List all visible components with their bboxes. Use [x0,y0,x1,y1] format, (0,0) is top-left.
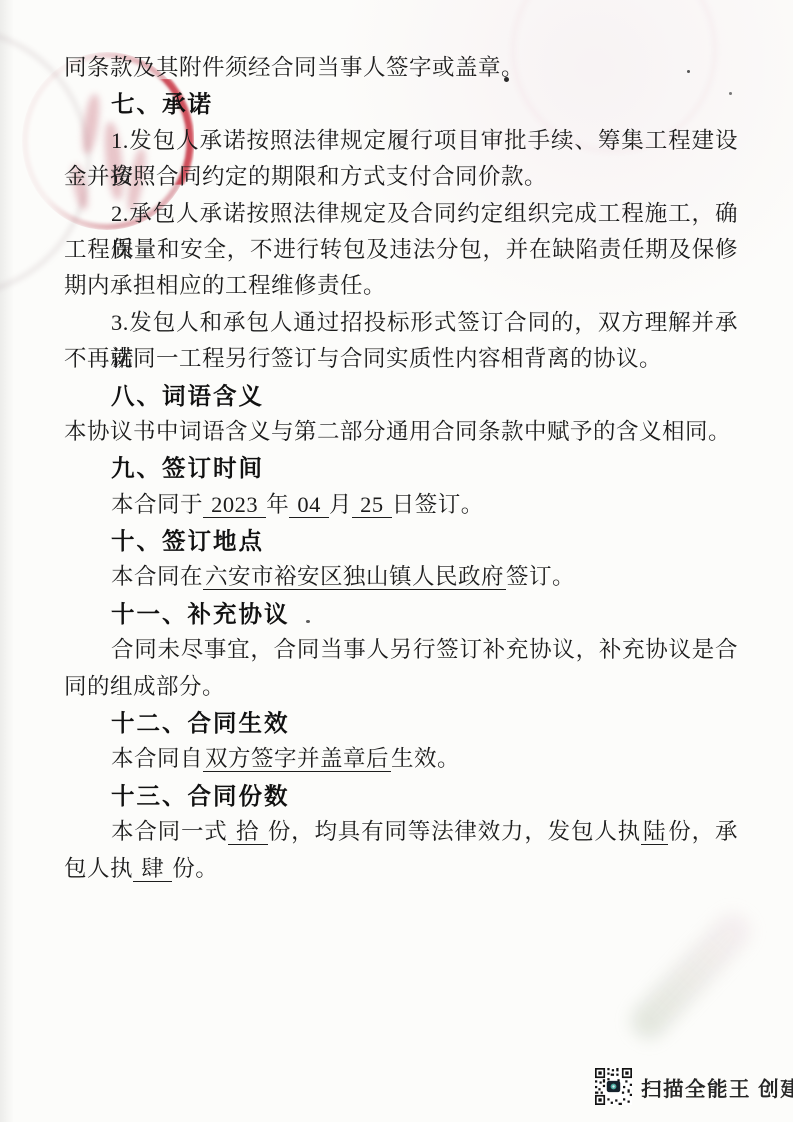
filled-blank: 双方签字并盖章后 [203,746,391,772]
filled-blank: 拾 [228,819,268,845]
filled-blank: 肆 [133,856,172,882]
text-run: 期内承担相应的工程维修责任。 [64,273,386,298]
section-heading: 十三、合同份数 [64,778,738,814]
paragraph-line: 同的组成部分。 [64,669,738,705]
text-run: 合同未尽事宜，合同当事人另行签订补充协议，补充协议是合 [111,637,738,662]
text-run: 九、签订时间 [111,455,264,481]
section-heading: 七、承诺 [64,86,738,122]
section-heading: 十二、合同生效 [64,705,738,741]
text-run: 生效。 [391,746,460,771]
text-run: 十三、合同份数 [111,783,290,809]
text-run: 份，承 [668,819,738,844]
text-run: 本协议书中词语含义与第二部分通用合同条款中赋予的含义相同。 [64,419,731,444]
text-run: 同条款及其附件须经合同当事人签字或盖章。 [64,55,524,80]
paragraph-line: 1.发包人承诺按照法律规定履行项目审批手续、筹集工程建设资 [64,123,738,159]
text-run: 本合同一式 [111,819,228,844]
filled-blank: 六安市裕安区独山镇人民政府 [203,564,506,590]
qr-code-icon [595,1068,632,1105]
paragraph-line: 合同未尽事宜，合同当事人另行签订补充协议，补充协议是合 [64,632,738,668]
paragraph-line: 同条款及其附件须经合同当事人签字或盖章。 [64,50,738,86]
section-heading: 九、签订时间 [64,450,738,486]
filled-blank: 04 [289,492,329,518]
scan-speck [306,620,310,623]
text-run: 十一、补充协议 [111,601,290,627]
text-run: 同的组成部分。 [64,674,225,699]
text-run: 本合同于 [111,492,203,517]
filled-blank: 25 [352,492,392,518]
scan-speck [504,77,509,82]
paragraph-line: 期内承担相应的工程维修责任。 [64,268,738,304]
text-run: 十二、合同生效 [111,710,290,736]
paragraph-line: 不再就同一工程另行签订与合同实质性内容相背离的协议。 [64,341,738,377]
paragraph-line: 金并按照合同约定的期限和方式支付合同价款。 [64,159,738,195]
paragraph-line: 本合同于 2023 年 04 月 25 日签订。 [64,487,738,523]
text-run: 十、签订地点 [111,528,264,554]
paragraph-line: 本合同自双方签字并盖章后生效。 [64,741,738,777]
scan-speck [729,92,732,95]
paragraph-line: 本合同一式 拾 份，均具有同等法律效力，发包人执陆份，承 [64,814,738,850]
text-run: 金并按照合同约定的期限和方式支付合同价款。 [64,164,547,189]
section-heading: 八、词语含义 [64,378,738,414]
filled-blank: 陆 [641,819,668,845]
filled-blank: 2023 [203,492,266,518]
document-body: 同条款及其附件须经合同当事人签字或盖章。七、承诺1.发包人承诺按照法律规定履行项… [64,50,738,887]
text-run: 日签订。 [392,492,484,517]
text-run: 八、词语含义 [111,383,264,409]
text-run: 份，均具有同等法律效力，发包人执 [268,819,641,844]
text-run: 月 [329,492,352,517]
text-run: 七、承诺 [111,91,213,117]
text-run: 本合同自 [111,746,203,771]
paragraph-line: 2.承包人承诺按照法律规定及合同约定组织完成工程施工，确保 [64,196,738,232]
scanned-contract-page: 同条款及其附件须经合同当事人签字或盖章。七、承诺1.发包人承诺按照法律规定履行项… [0,0,793,1122]
scan-speck [600,135,603,138]
scan-smudge [624,906,758,1046]
text-run: 本合同在 [111,564,203,589]
paragraph-line: 包人执 肆 份。 [64,851,738,887]
text-run: 份。 [172,856,218,881]
text-run: 包人执 [64,856,133,881]
text-run: 不再就同一工程另行签订与合同实质性内容相背离的协议。 [64,346,662,371]
paragraph-line: 本协议书中词语含义与第二部分通用合同条款中赋予的含义相同。 [64,414,738,450]
watermark-label: 扫描全能王 创建 [641,1072,793,1102]
section-heading: 十一、补充协议 [64,596,738,632]
scan-speck [687,70,690,73]
paragraph-line: 3.发包人和承包人通过招投标形式签订合同的，双方理解并承诺 [64,305,738,341]
paragraph-line: 工程质量和安全，不进行转包及违法分包，并在缺陷责任期及保修 [64,232,738,268]
text-run: 年 [266,492,289,517]
text-run: 签订。 [506,564,575,589]
section-heading: 十、签订地点 [64,523,738,559]
text-run: 工程质量和安全，不进行转包及违法分包，并在缺陷责任期及保修 [64,237,738,262]
paragraph-line: 本合同在六安市裕安区独山镇人民政府签订。 [64,559,738,595]
camscanner-watermark: 扫描全能王 创建 [595,1068,793,1105]
